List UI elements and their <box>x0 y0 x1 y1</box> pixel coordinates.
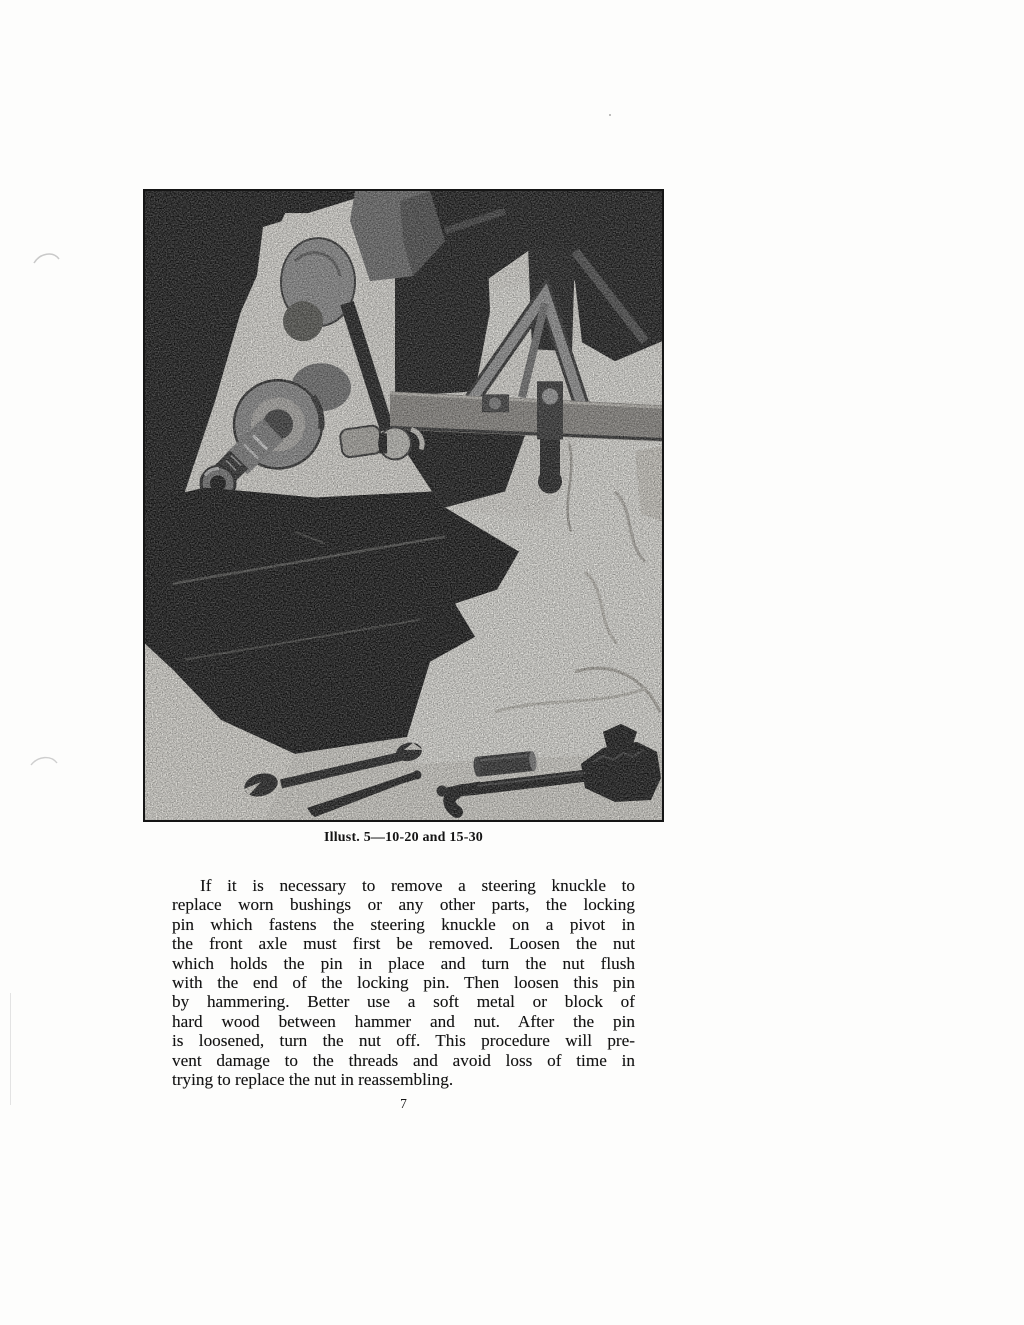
paragraph-line: is loosened, turn the nut off. This proc… <box>172 1031 635 1050</box>
scan-artifact-dot <box>609 114 611 116</box>
paragraph-line: by hammering. Better use a soft metal or… <box>172 992 635 1011</box>
paragraph-line: vent damage to the threads and avoid los… <box>172 1051 635 1070</box>
scan-artifact-line <box>10 993 11 1105</box>
paragraph-line: hard wood between hammer and nut. After … <box>172 1012 635 1031</box>
body-paragraph: If it is necessary to remove a steering … <box>172 876 635 1089</box>
paragraph-line: replace worn bushings or any other parts… <box>172 895 635 914</box>
scanned-manual-page: { "document": { "caption": "Illust. 5—10… <box>0 0 1024 1325</box>
paragraph-line: If it is necessary to remove a steering … <box>172 876 635 895</box>
page-number: 7 <box>172 1096 635 1112</box>
scan-artifact-curve <box>29 751 59 771</box>
paragraph-line: the front axle must first be removed. Lo… <box>172 934 635 953</box>
paragraph-line: trying to replace the nut in reassemblin… <box>172 1070 635 1089</box>
illustration-photo <box>143 189 664 822</box>
paragraph-line: pin which fastens the steering knuckle o… <box>172 915 635 934</box>
paragraph-line: with the end of the locking pin. Then lo… <box>172 973 635 992</box>
paragraph-line: which holds the pin in place and turn th… <box>172 954 635 973</box>
grain-overlay <box>145 191 662 820</box>
scan-artifact-curve <box>32 248 62 268</box>
illustration-caption: Illust. 5—10-20 and 15-30 <box>143 830 664 846</box>
photo-artwork <box>145 191 662 820</box>
